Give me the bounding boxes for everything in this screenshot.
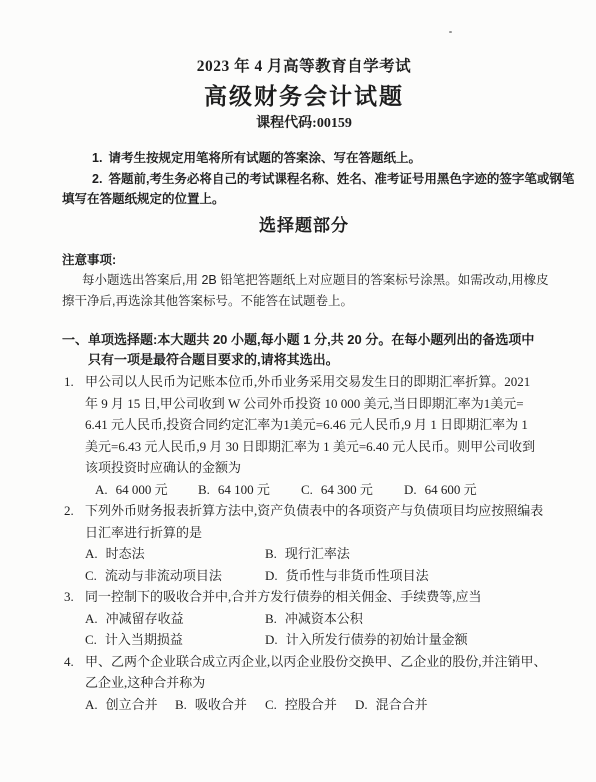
option-c: C.64 300 元 bbox=[301, 479, 404, 501]
part-one-heading: 一、单项选择题:本大题共 20 小题,每小题 1 分,共 20 分。在每小题列出… bbox=[62, 330, 546, 369]
question-3-options-row1: A.冲减留存收益 B.冲减资本公积 bbox=[85, 608, 546, 630]
question-2-options-row2: C.流动与非流动项目法 D.货币性与非货币性项目法 bbox=[85, 565, 546, 587]
instruction-1-text: 请考生按规定用笔将所有试题的答案涂、写在答题纸上。 bbox=[108, 151, 421, 165]
course-code: 课程代码:00159 bbox=[62, 115, 546, 132]
instruction-2-text-line1: 答题前,考生务必将自己的考试课程名称、姓名、准考证号用黑色字迹的签字笔或钢笔 bbox=[108, 172, 574, 186]
part-one-label: 一、 bbox=[62, 330, 88, 350]
option-a: A.冲减留存收益 bbox=[85, 608, 265, 630]
question-4-line: 乙企业,这种合并称为 bbox=[85, 672, 546, 694]
part-one-heading-line1: 一、单项选择题:本大题共 20 小题,每小题 1 分,共 20 分。在每小题列出… bbox=[62, 330, 546, 350]
question-4-options: A.创立合并 B.吸收合并 C.控股合并 D.混合合并 bbox=[85, 694, 546, 716]
question-1-line: 美元=6.43 元人民币,9 月 30 日即期汇率为 1 美元=6.40 元人民… bbox=[85, 436, 546, 458]
question-4: 4. 甲、乙两个企业联合成立丙企业,以丙企业股份交换甲、乙企业的股份,并注销甲、… bbox=[62, 651, 546, 716]
question-3-line: 同一控制下的吸收合并中,合并方发行债券的相关佣金、手续费等,应当 bbox=[85, 586, 546, 608]
question-3: 3. 同一控制下的吸收合并中,合并方发行债券的相关佣金、手续费等,应当 A.冲减… bbox=[62, 586, 546, 651]
instruction-item-1: 1.请考生按规定用笔将所有试题的答案涂、写在答题纸上。 bbox=[62, 148, 546, 169]
question-2-options-row1: A.时态法 B.现行汇率法 bbox=[85, 543, 546, 565]
option-d: D.计入所发行债券的初始计量金额 bbox=[265, 629, 468, 651]
instruction-2-number: 2. bbox=[92, 172, 102, 186]
option-d: D.货币性与非货币性项目法 bbox=[265, 565, 429, 587]
option-a: A.时态法 bbox=[85, 543, 265, 565]
question-2-line: 日汇率进行折算的是 bbox=[85, 522, 546, 544]
option-d: D.64 600 元 bbox=[404, 479, 477, 501]
option-a: A.创立合并 bbox=[85, 694, 175, 716]
option-a: A.64 000 元 bbox=[95, 479, 198, 501]
question-1-line: 该项投资时应确认的金额为 bbox=[85, 457, 546, 479]
question-list: 1. 甲公司以人民币为记账本位币,外币业务采用交易发生日的即期汇率折算。2021… bbox=[62, 371, 546, 715]
question-1-line: 年 9 月 15 日,甲公司收到 W 公司外币投资 10 000 美元,当日即期… bbox=[85, 393, 546, 415]
question-4-line: 甲、乙两个企业联合成立丙企业,以丙企业股份交换甲、乙企业的股份,并注销甲、 bbox=[85, 651, 546, 673]
option-c: C.计入当期损益 bbox=[85, 629, 265, 651]
instruction-2-text-line2: 填写在答题纸规定的位置上。 bbox=[62, 189, 546, 210]
question-1-number: 1. bbox=[64, 371, 74, 393]
exam-subject-title: 高级财务会计试题 bbox=[62, 82, 546, 110]
question-1: 1. 甲公司以人民币为记账本位币,外币业务采用交易发生日的即期汇率折算。2021… bbox=[62, 371, 546, 500]
option-b: B.64 100 元 bbox=[198, 479, 301, 501]
question-2-number: 2. bbox=[64, 500, 74, 522]
section-title: 选择题部分 bbox=[62, 215, 546, 237]
exam-paper-page: 2023 年 4 月高等教育自学考试 高级财务会计试题 课程代码:00159 1… bbox=[0, 0, 596, 782]
question-1-line: 6.41 元人民币,投资合同约定汇率为1美元=6.46 元人民币,9 月 1 日… bbox=[85, 414, 546, 436]
question-1-line: 甲公司以人民币为记账本位币,外币业务采用交易发生日的即期汇率折算。2021 bbox=[85, 371, 546, 393]
option-b: B.现行汇率法 bbox=[265, 543, 350, 565]
option-c: C.流动与非流动项目法 bbox=[85, 565, 265, 587]
instruction-1-number: 1. bbox=[92, 151, 102, 165]
option-b: B.吸收合并 bbox=[175, 694, 265, 716]
question-2: 2. 下列外币财务报表折算方法中,资产负债表中的各项资产与负债项目均应按照编表 … bbox=[62, 500, 546, 586]
scan-speck bbox=[449, 31, 452, 33]
part-one-heading-text1: 单项选择题:本大题共 20 小题,每小题 1 分,共 20 分。在每小题列出的备… bbox=[88, 332, 534, 347]
notes-line-1: 每小题选出答案后,用 2B 铅笔把答题纸上对应题目的答案标号涂黑。如需改动,用橡… bbox=[62, 270, 546, 291]
question-3-options-row2: C.计入当期损益 D.计入所发行债券的初始计量金额 bbox=[85, 629, 546, 651]
page-content: 2023 年 4 月高等教育自学考试 高级财务会计试题 课程代码:00159 1… bbox=[0, 0, 596, 715]
instruction-item-2: 2.答题前,考生务必将自己的考试课程名称、姓名、准考证号用黑色字迹的签字笔或钢笔 bbox=[62, 169, 546, 190]
exam-session-title: 2023 年 4 月高等教育自学考试 bbox=[62, 58, 546, 76]
option-d: D.混合合并 bbox=[355, 694, 428, 716]
option-c: C.控股合并 bbox=[265, 694, 355, 716]
question-1-options: A.64 000 元 B.64 100 元 C.64 300 元 D.64 60… bbox=[85, 479, 546, 501]
question-4-number: 4. bbox=[64, 651, 74, 673]
notes-label: 注意事项: bbox=[62, 250, 546, 271]
question-2-line: 下列外币财务报表折算方法中,资产负债表中的各项资产与负债项目均应按照编表 bbox=[85, 500, 546, 522]
question-3-number: 3. bbox=[64, 586, 74, 608]
candidate-instructions: 1.请考生按规定用笔将所有试题的答案涂、写在答题纸上。 2.答题前,考生务必将自… bbox=[62, 148, 546, 210]
notes-line-2: 擦干净后,再选涂其他答案标号。不能答在试题卷上。 bbox=[62, 291, 546, 312]
part-one-heading-line2: 只有一项是最符合题目要求的,请将其选出。 bbox=[62, 350, 546, 370]
option-b: B.冲减资本公积 bbox=[265, 608, 363, 630]
